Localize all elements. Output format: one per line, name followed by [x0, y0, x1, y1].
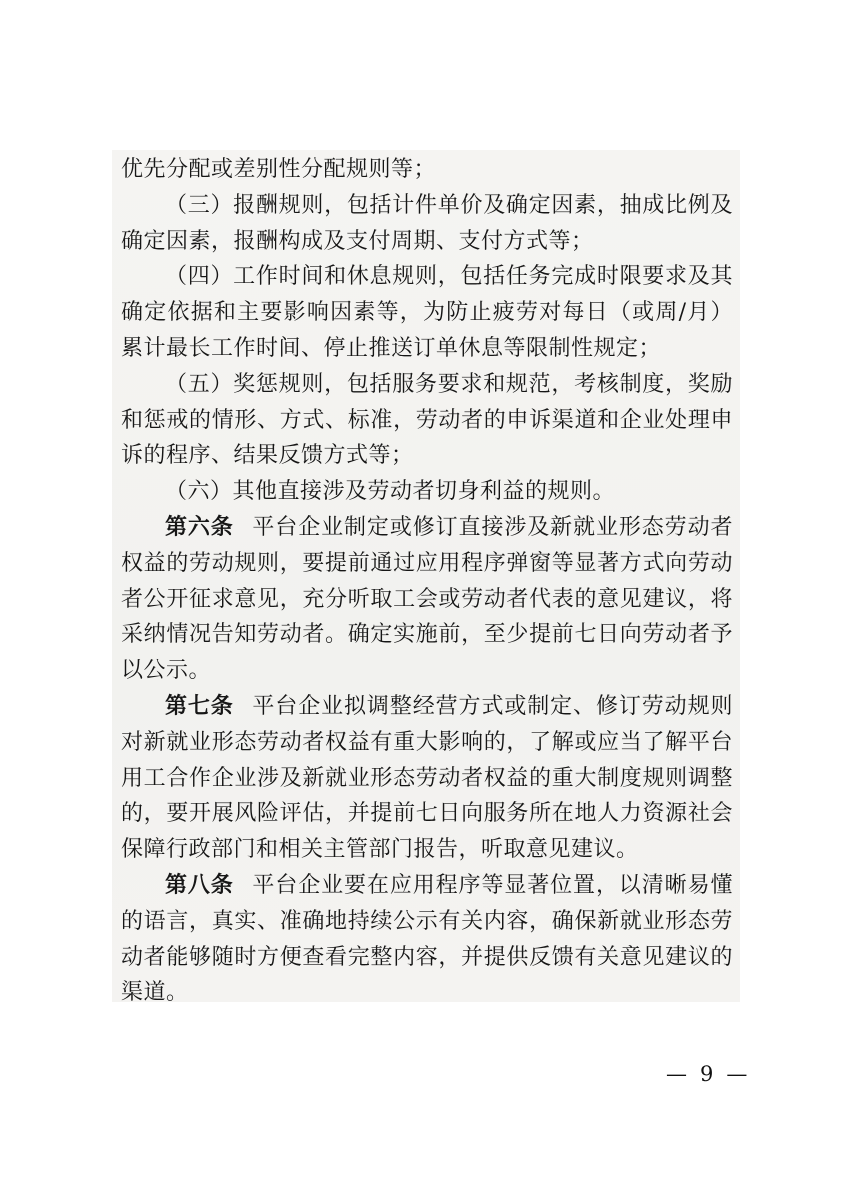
- list-item-6: （六）其他直接涉及劳动者切身利益的规则。: [121, 474, 733, 510]
- list-item-5: （五）奖惩规则，包括服务要求和规范，考核制度，奖励和惩戒的情形、方式、标准，劳动…: [121, 367, 733, 474]
- scanned-document-page: 优先分配或差别性分配规则等； （三）报酬规则，包括计件单价及确定因素，抽成比例及…: [0, 0, 844, 1193]
- article-6-lead: 第六条: [165, 514, 234, 540]
- paragraph-continuation: 优先分配或差别性分配规则等；: [121, 152, 733, 188]
- article-7-paragraph: 第七条平台企业拟调整经营方式或制定、修订劳动规则对新就业形态劳动者权益有重大影响…: [121, 689, 733, 868]
- article-7-lead: 第七条: [165, 693, 234, 719]
- paragraph-text: （四）工作时间和休息规则，包括任务完成时限要求及其确定依据和主要影响因素等，为防…: [121, 264, 733, 361]
- page-number: 9: [700, 1062, 713, 1086]
- list-item-3: （三）报酬规则，包括计件单价及确定因素，抽成比例及确定因素，报酬构成及支付周期、…: [121, 188, 733, 260]
- paragraph-text: （三）报酬规则，包括计件单价及确定因素，抽成比例及确定因素，报酬构成及支付周期、…: [121, 193, 733, 254]
- paragraph-text: 优先分配或差别性分配规则等；: [121, 157, 436, 182]
- article-8-paragraph: 第八条平台企业要在应用程序等显著位置，以清晰易懂的语言，真实、准确地持续公示有关…: [121, 868, 733, 1011]
- footer-dash-left: —: [666, 1062, 687, 1086]
- document-text-column: 优先分配或差别性分配规则等； （三）报酬规则，包括计件单价及确定因素，抽成比例及…: [121, 152, 733, 1011]
- page-footer: — 9 —: [666, 1062, 747, 1086]
- paragraph-text: （五）奖惩规则，包括服务要求和规范，考核制度，奖励和惩戒的情形、方式、标准，劳动…: [121, 372, 733, 469]
- paragraph-text: 平台企业拟调整经营方式或制定、修订劳动规则对新就业形态劳动者权益有重大影响的，了…: [121, 694, 733, 862]
- footer-dash-right: —: [726, 1062, 747, 1086]
- article-8-lead: 第八条: [165, 872, 234, 898]
- paragraph-text: 平台企业制定或修订直接涉及新就业形态劳动者权益的劳动规则，要提前通过应用程序弹窗…: [121, 515, 733, 683]
- list-item-4: （四）工作时间和休息规则，包括任务完成时限要求及其确定依据和主要影响因素等，为防…: [121, 259, 733, 366]
- paragraph-text: （六）其他直接涉及劳动者切身利益的规则。: [165, 479, 615, 504]
- article-6-paragraph: 第六条平台企业制定或修订直接涉及新就业形态劳动者权益的劳动规则，要提前通过应用程…: [121, 510, 733, 689]
